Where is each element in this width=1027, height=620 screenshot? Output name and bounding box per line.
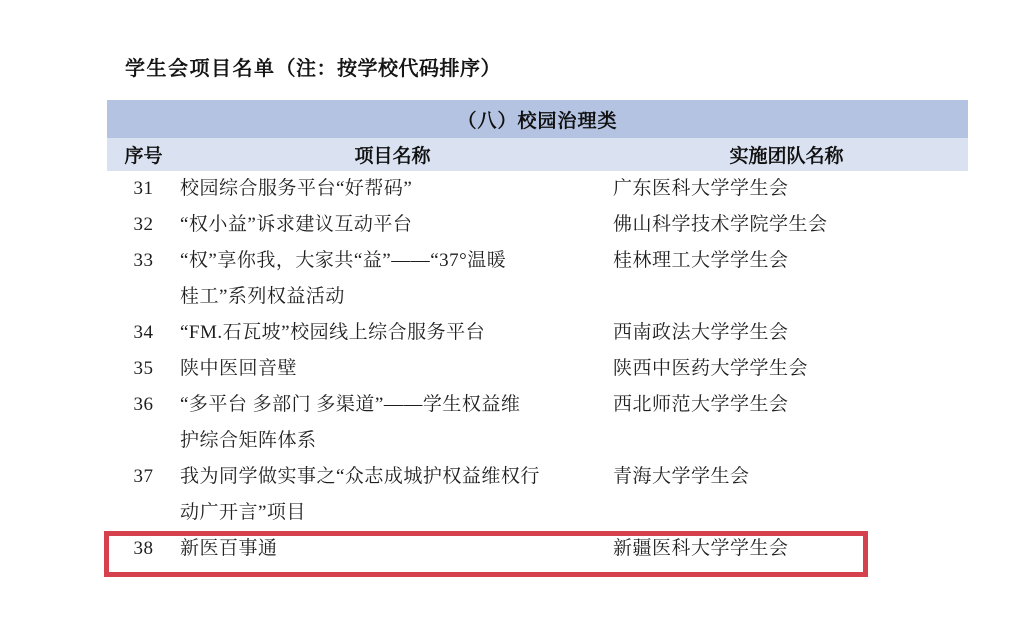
table-rows: 31 校园综合服务平台“好帮码” 广东医科大学学生会 32 “权小益”诉求建议互… [107,171,968,567]
row-no: 38 [107,531,180,567]
row-name: “权”享你我，大家共“益”——“37°温暖 桂工”系列权益活动 [180,243,605,315]
column-header-no: 序号 [107,141,180,168]
projects-table: （八）校园治理类 序号 项目名称 实施团队名称 31 校园综合服务平台“好帮码”… [107,100,968,567]
row-no: 37 [107,459,180,495]
row-name: “多平台 多部门 多渠道”——学生权益维 护综合矩阵体系 [180,387,605,459]
category-band: （八）校园治理类 [107,100,968,138]
row-no: 34 [107,315,180,351]
row-no: 33 [107,243,180,279]
row-name: 我为同学做实事之“众志成城护权益维权行 动广开言”项目 [180,459,605,531]
row-team: 桂林理工大学学生会 [605,243,968,279]
table-row: 32 “权小益”诉求建议互动平台 佛山科学技术学院学生会 [107,207,968,243]
table-row: 31 校园综合服务平台“好帮码” 广东医科大学学生会 [107,171,968,207]
row-team: 西南政法大学学生会 [605,315,968,351]
column-header-team: 实施团队名称 [605,141,968,168]
page-title-main: 学生会项目名单 [125,58,276,80]
column-header-name: 项目名称 [180,141,605,168]
row-no: 35 [107,351,180,387]
row-team: 西北师范大学学生会 [605,387,968,423]
table-row: 33 “权”享你我，大家共“益”——“37°温暖 桂工”系列权益活动 桂林理工大… [107,243,968,315]
row-name: 陕中医回音壁 [180,351,605,387]
row-name: “FM.石瓦坡”校园线上综合服务平台 [180,315,605,351]
row-team: 青海大学学生会 [605,459,968,495]
row-name: 新医百事通 [180,531,605,567]
row-name: “权小益”诉求建议互动平台 [180,207,605,243]
document-page: { "page": { "title_main": "学生会项目名单", "ti… [0,0,1027,620]
row-team: 新疆医科大学学生会 [605,531,968,567]
row-team: 广东医科大学学生会 [605,171,968,207]
row-name: 校园综合服务平台“好帮码” [180,171,605,207]
row-team: 佛山科学技术学院学生会 [605,207,968,243]
table-row: 38 新医百事通 新疆医科大学学生会 [107,531,968,567]
row-no: 31 [107,171,180,207]
row-no: 32 [107,207,180,243]
page-title-note: （注：按学校代码排序） [276,58,502,80]
column-header-row: 序号 项目名称 实施团队名称 [107,138,968,171]
table-row: 35 陕中医回音壁 陕西中医药大学学生会 [107,351,968,387]
table-row: 37 我为同学做实事之“众志成城护权益维权行 动广开言”项目 青海大学学生会 [107,459,968,531]
row-no: 36 [107,387,180,423]
row-team: 陕西中医药大学学生会 [605,351,968,387]
page-title: 学生会项目名单（注：按学校代码排序） [125,52,501,81]
table-row: 34 “FM.石瓦坡”校园线上综合服务平台 西南政法大学学生会 [107,315,968,351]
category-header-label: （八）校园治理类 [457,106,617,133]
table-row: 36 “多平台 多部门 多渠道”——学生权益维 护综合矩阵体系 西北师范大学学生… [107,387,968,459]
